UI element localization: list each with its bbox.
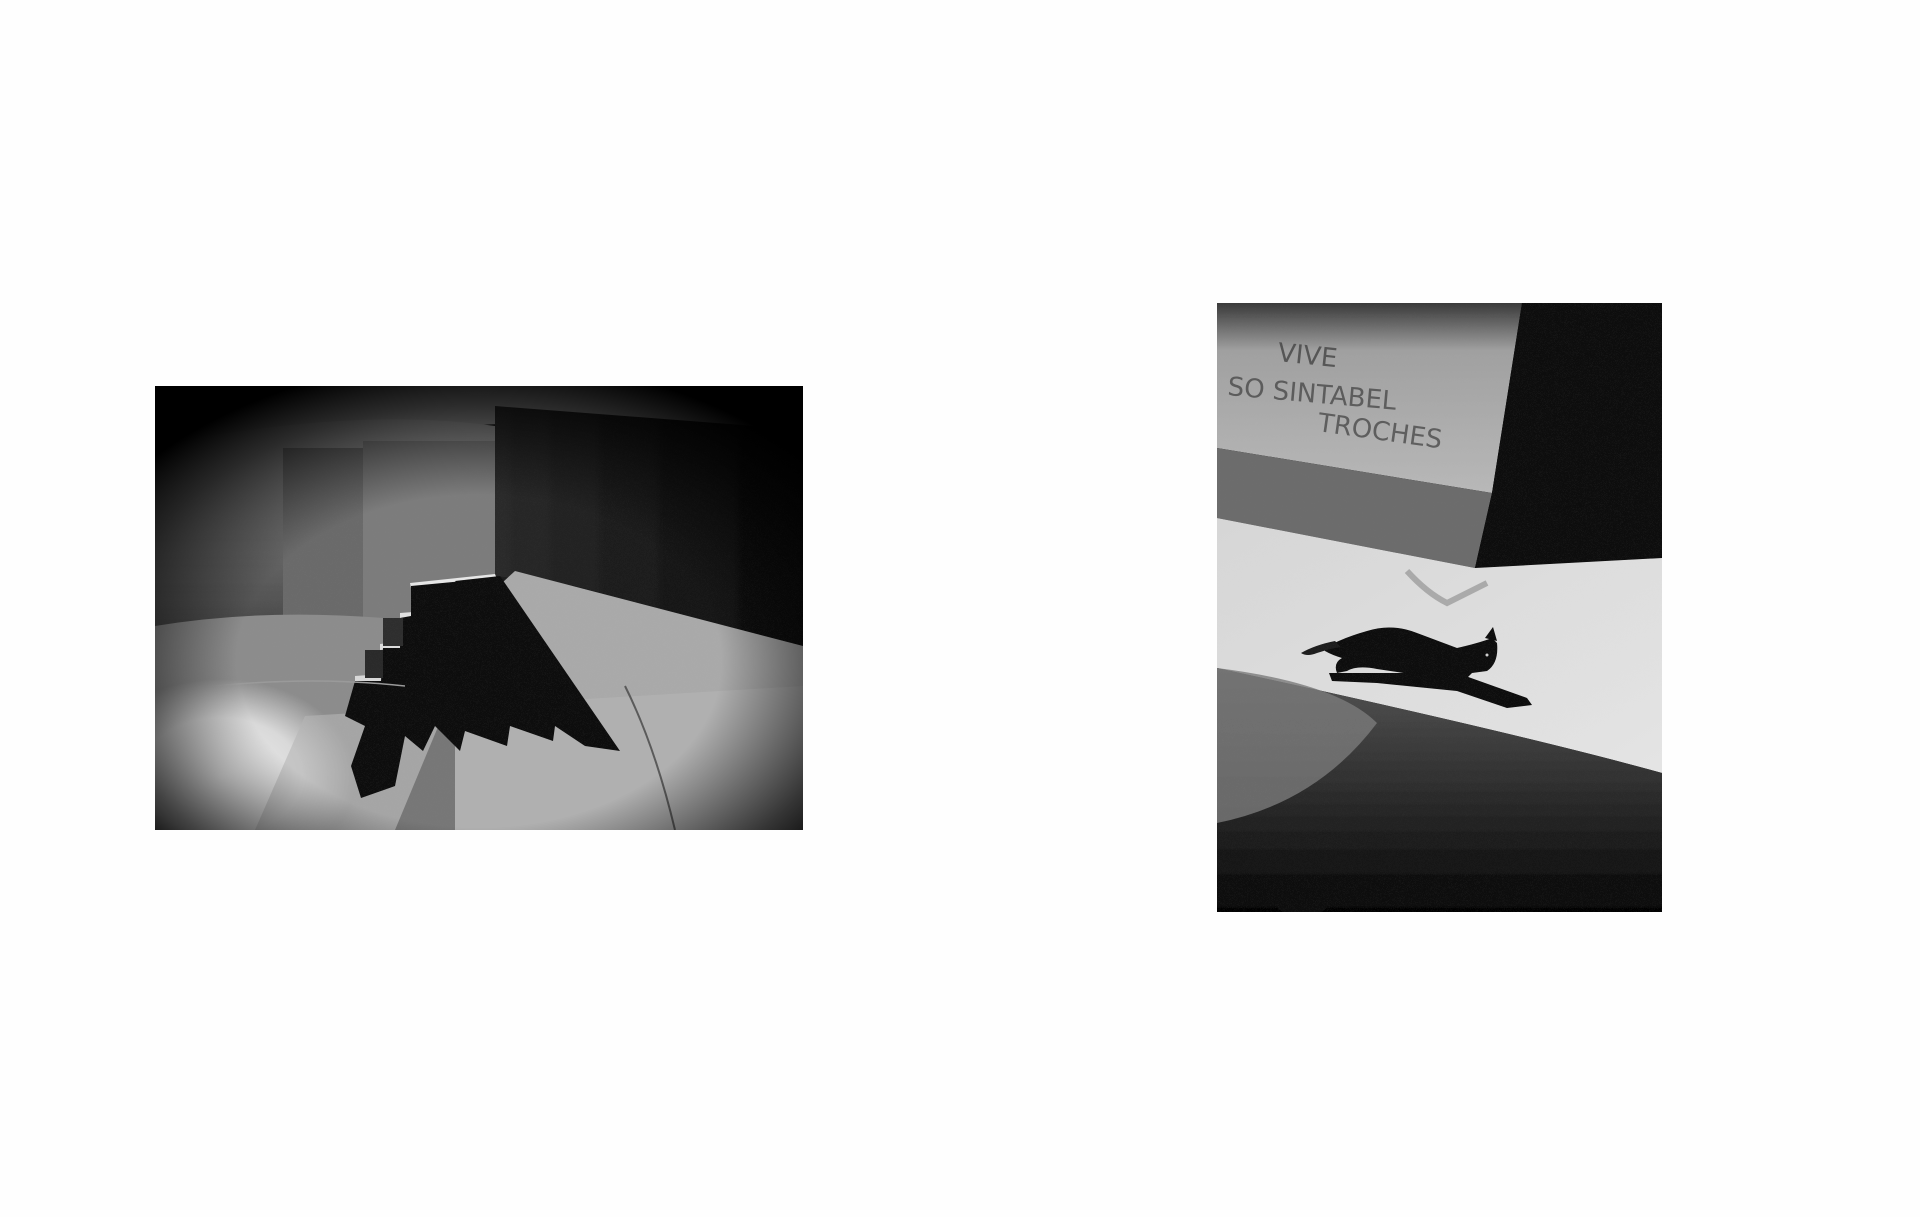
photobook-spread: VIVE SO SINTABEL TROCHES [0, 0, 1920, 1217]
photo-staircase-shadow [155, 386, 803, 830]
staircase-photo-illustration [155, 386, 803, 830]
photo-black-cat: VIVE SO SINTABEL TROCHES [1217, 303, 1662, 912]
cat-photo-illustration: VIVE SO SINTABEL TROCHES [1217, 303, 1662, 912]
svg-text:VIVE: VIVE [1276, 338, 1338, 374]
